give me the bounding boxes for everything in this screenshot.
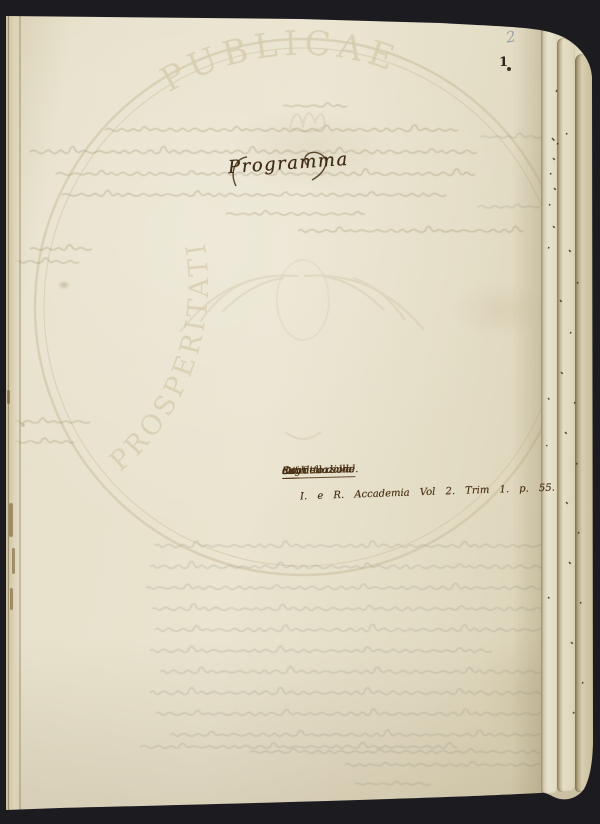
gutter-crease-shadow xyxy=(19,14,21,810)
gutter-crease xyxy=(8,14,9,810)
page-edge-strip xyxy=(575,54,595,792)
attribution-post: &c. della sudd. xyxy=(282,464,359,477)
page-edge-strip xyxy=(557,38,575,792)
ink-blot xyxy=(507,67,511,71)
fore-edge-shadow xyxy=(512,24,544,796)
page-edge-strip xyxy=(541,26,557,794)
manuscript-scan: PUBLICAE PROSPERITATI xyxy=(0,0,600,824)
paper-page xyxy=(4,12,596,812)
